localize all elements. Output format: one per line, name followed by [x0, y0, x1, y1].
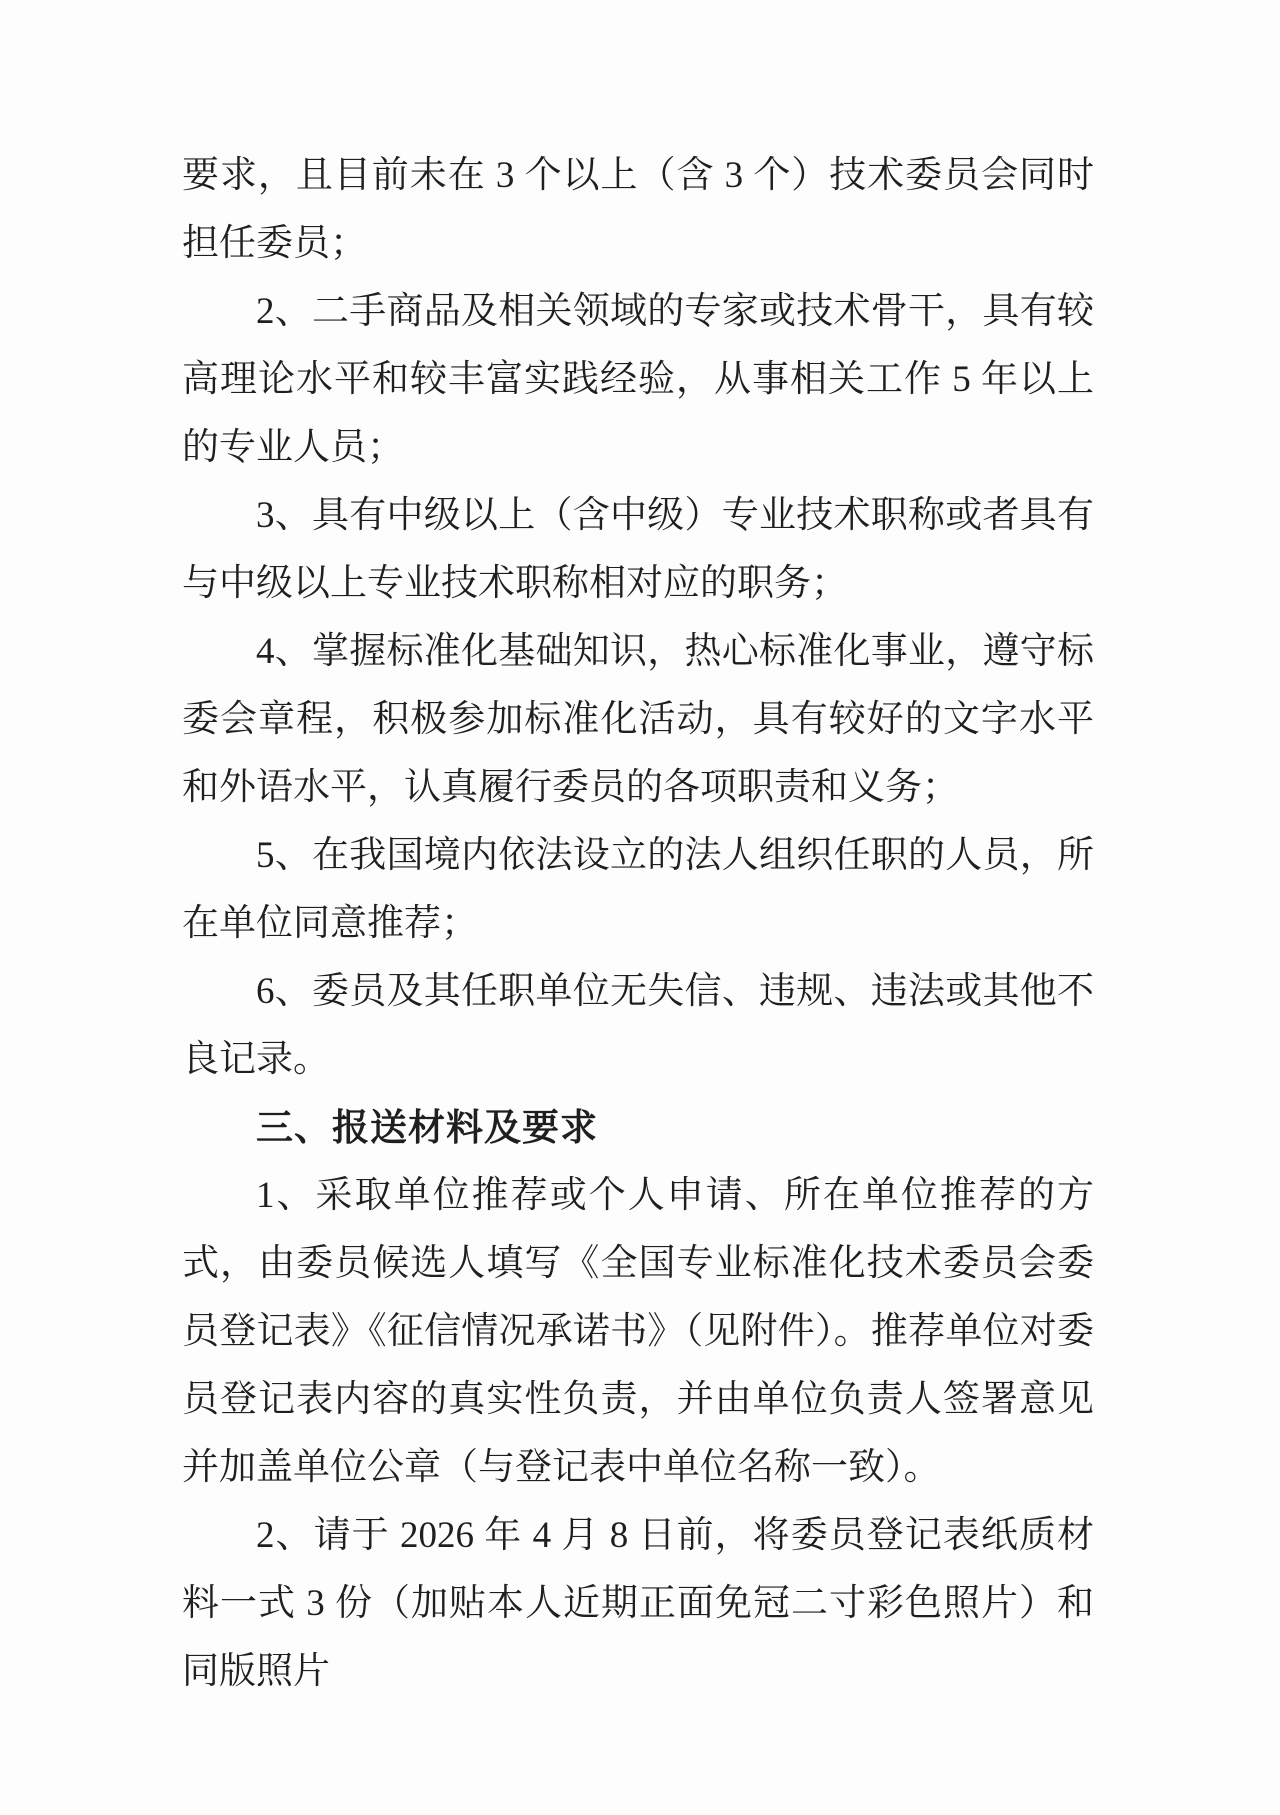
submission-item-2: 2、请于 2026 年 4 月 8 日前，将委员登记表纸质材料一式 3 份（加贴… — [182, 1502, 1094, 1706]
condition-item-2: 2、二手商品及相关领域的专家或技术骨干，具有较高理论水平和较丰富实践经验，从事相… — [182, 278, 1094, 482]
condition-item-3: 3、具有中级以上（含中级）专业技术职称或者具有与中级以上专业技术职称相对应的职务… — [182, 482, 1094, 618]
condition-item-5: 5、在我国境内依法设立的法人组织任职的人员，所在单位同意推荐； — [182, 822, 1094, 958]
paragraph-continuation: 要求，且目前未在 3 个以上（含 3 个）技术委员会同时担任委员； — [182, 142, 1094, 278]
condition-item-4: 4、掌握标准化基础知识，热心标准化事业，遵守标委会章程，积极参加标准化活动，具有… — [182, 618, 1094, 822]
submission-item-1: 1、采取单位推荐或个人申请、所在单位推荐的方式，由委员候选人填写《全国专业标准化… — [182, 1162, 1094, 1502]
document-page: 要求，且目前未在 3 个以上（含 3 个）技术委员会同时担任委员； 2、二手商品… — [0, 0, 1280, 1815]
condition-item-6: 6、委员及其任职单位无失信、违规、违法或其他不良记录。 — [182, 958, 1094, 1094]
section-heading: 三、报送材料及要求 — [182, 1094, 1094, 1162]
